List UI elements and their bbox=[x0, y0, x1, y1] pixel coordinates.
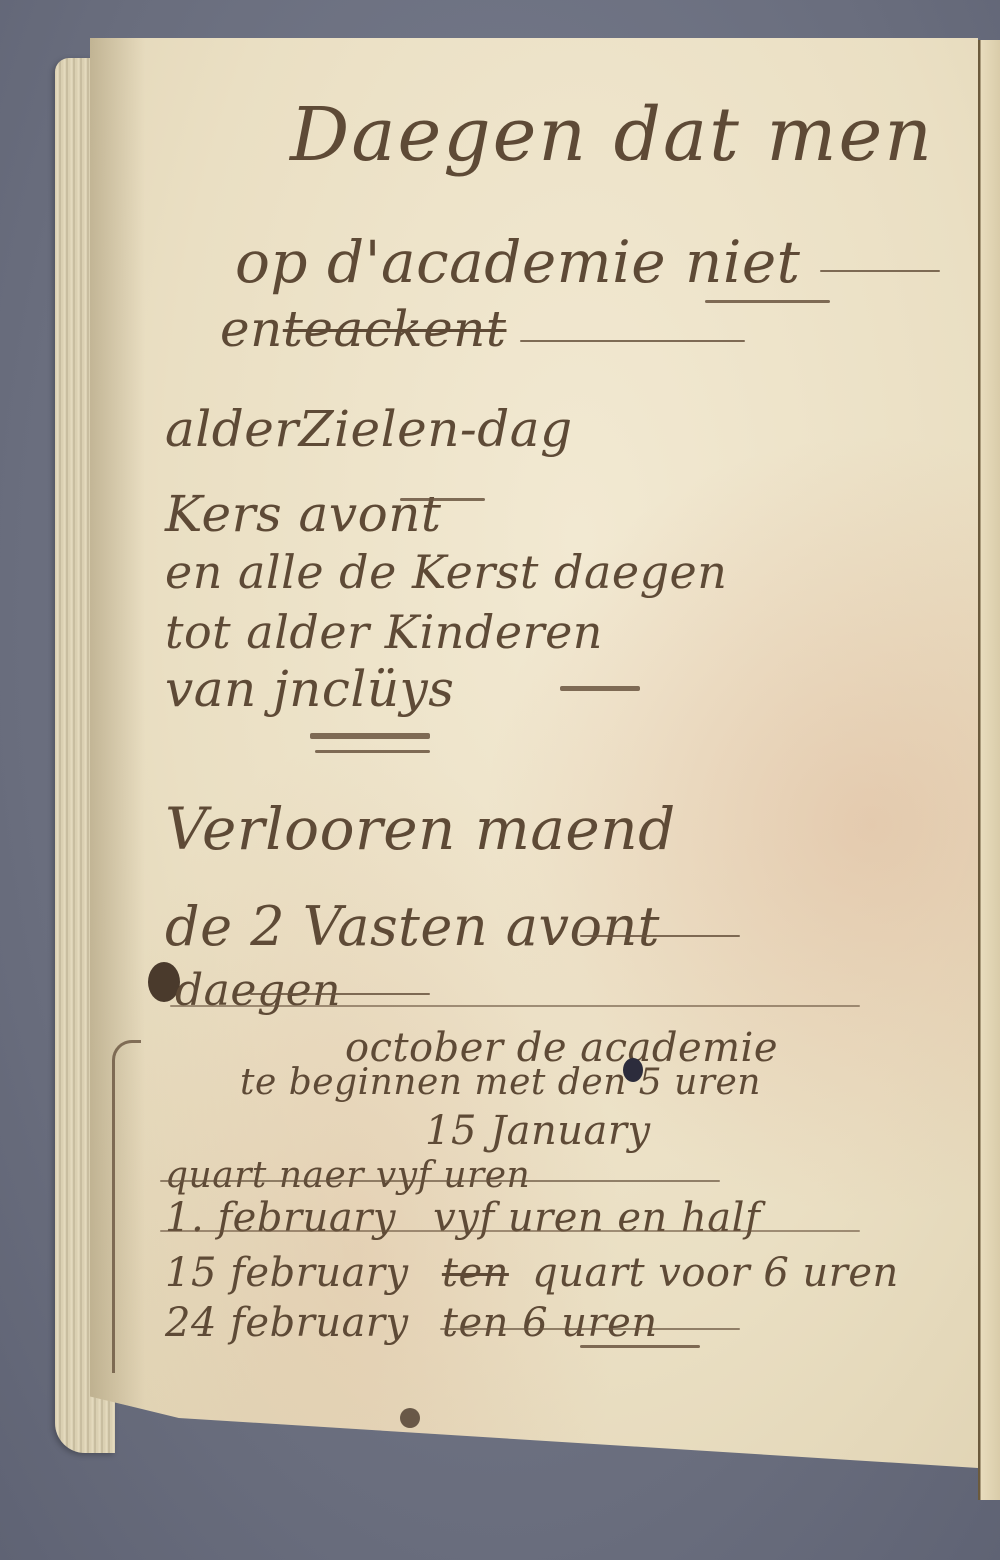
ink-blot-small bbox=[623, 1058, 643, 1082]
schedule-row-2-time: quart voor 6 uren bbox=[532, 1250, 899, 1296]
schedule-row-3: 24 february ten 6 uren bbox=[165, 1300, 658, 1346]
dash-holiday-5 bbox=[560, 686, 640, 691]
heading-line-3-prefix: en bbox=[220, 300, 283, 358]
schedule-row-3-time: ten 6 uren bbox=[442, 1300, 658, 1346]
heading-line-3-struck: teackent bbox=[283, 300, 507, 358]
double-rule-bottom bbox=[315, 750, 430, 753]
holiday-line-3: en alle de Kerst daegen bbox=[165, 545, 727, 599]
heading-line-2: op d'academie niet bbox=[235, 228, 801, 296]
underline-6-uren bbox=[580, 1345, 700, 1348]
holiday-line-4: tot alder Kinderen bbox=[165, 605, 603, 659]
schedule-january-date: 15 January bbox=[425, 1108, 651, 1154]
holiday-line-2: Kers avont bbox=[165, 485, 442, 543]
dash-more-days-2 bbox=[580, 935, 740, 937]
dash-holiday-2 bbox=[400, 498, 485, 501]
schedule-rule-1 bbox=[160, 1180, 720, 1182]
more-days-line-1: Verlooren maend bbox=[165, 795, 676, 863]
schedule-row-3-date: 24 february bbox=[165, 1300, 409, 1346]
heading-line-2-text: op d'academie niet bbox=[235, 228, 801, 296]
dash-more-days-3 bbox=[250, 993, 430, 995]
schedule-row-1-time: vyf uren en half bbox=[433, 1195, 760, 1241]
more-days-line-2: de 2 Vasten avont bbox=[165, 895, 660, 958]
schedule-row-1-date: 1. february bbox=[165, 1195, 396, 1241]
holiday-line-1: alderZielen-dag bbox=[165, 400, 573, 458]
facing-page-edge bbox=[978, 40, 1000, 1500]
more-days-line-3: daegen bbox=[175, 965, 341, 1016]
section-divider bbox=[170, 1005, 860, 1007]
schedule-intro-2: te beginnen met den 5 uren bbox=[240, 1062, 761, 1103]
holiday-line-5: van jnclüys bbox=[165, 660, 454, 718]
schedule-rule-2 bbox=[160, 1230, 860, 1232]
schedule-bracket bbox=[112, 1040, 141, 1373]
dash-heading-2 bbox=[820, 270, 940, 272]
heading-line-1: Daegen dat men bbox=[290, 92, 934, 178]
schedule-row-1: 1. february vyf uren en half bbox=[165, 1195, 760, 1241]
schedule-row-2-date: 15 february bbox=[165, 1250, 409, 1296]
heading-line-3: enteackent bbox=[220, 300, 506, 358]
underline-niet bbox=[705, 300, 830, 303]
schedule-row-2: 15 february ten quart voor 6 uren bbox=[165, 1250, 899, 1296]
double-rule-top bbox=[310, 733, 430, 739]
schedule-rule-3 bbox=[440, 1328, 740, 1330]
schedule-january-time: quart naer vyf uren bbox=[165, 1155, 530, 1196]
schedule-row-2-struck: ten bbox=[442, 1250, 509, 1296]
ink-spot-bottom bbox=[400, 1408, 420, 1428]
dash-heading-3 bbox=[520, 340, 745, 342]
